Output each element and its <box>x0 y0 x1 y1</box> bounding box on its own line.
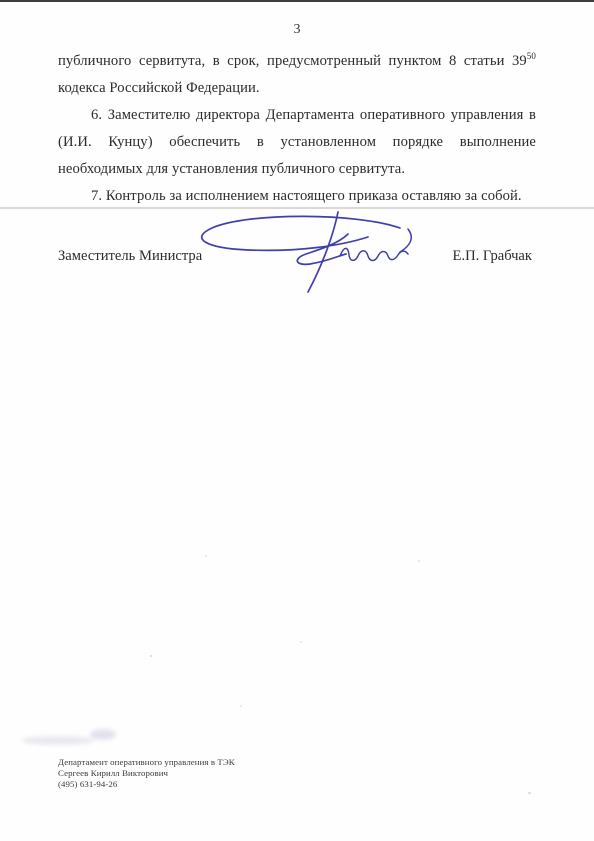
scan-smudge <box>22 736 94 745</box>
scan-edge-line <box>0 0 594 2</box>
document-footer: Департамент оперативного управления в ТЭ… <box>58 757 235 789</box>
body-line-item-7: 7. Контроль за исполнением настоящего пр… <box>58 183 536 210</box>
scan-smudge <box>90 729 116 740</box>
handwritten-signature-ink <box>188 210 416 294</box>
footer-department: Департамент оперативного управления в ТЭ… <box>58 757 235 768</box>
footer-phone: (495) 631-94-26 <box>58 779 235 790</box>
body-line: необходимых для установления публичного … <box>58 156 536 183</box>
body-line: кодекса Российской Федерации. <box>58 75 536 102</box>
signature-stroke-sweep <box>202 216 400 250</box>
signature-stroke-letters <box>340 248 408 260</box>
scan-speckle <box>300 641 302 643</box>
scan-speckle <box>150 655 152 657</box>
page-number: 3 <box>0 22 594 38</box>
scan-speckle <box>418 560 420 562</box>
footer-contact-name: Сергеев Кирилл Викторович <box>58 768 235 779</box>
body-line: публичного сервитута, в срок, предусмотр… <box>58 48 536 75</box>
scanned-document-page: 3 публичного сервитута, в срок, предусмо… <box>0 0 594 841</box>
signatory-name: Е.П. Грабчак <box>453 248 532 265</box>
superscript-article-number: 50 <box>527 51 536 61</box>
document-body: публичного сервитута, в срок, предусмотр… <box>58 48 536 210</box>
body-line: (И.И. Кунцу) обеспечить в установленном … <box>58 129 536 156</box>
body-text-run: публичного сервитута, в срок, предусмотр… <box>58 53 527 69</box>
body-line-item-6: 6. Заместителю директора Департамента оп… <box>58 102 536 129</box>
signature-stroke-tail <box>400 229 411 252</box>
scan-artifact-rule <box>0 207 594 209</box>
scan-speckle <box>528 792 531 794</box>
signatory-position: Заместитель Министра <box>58 248 202 265</box>
scan-speckle <box>240 705 242 707</box>
scan-speckle <box>205 555 207 557</box>
